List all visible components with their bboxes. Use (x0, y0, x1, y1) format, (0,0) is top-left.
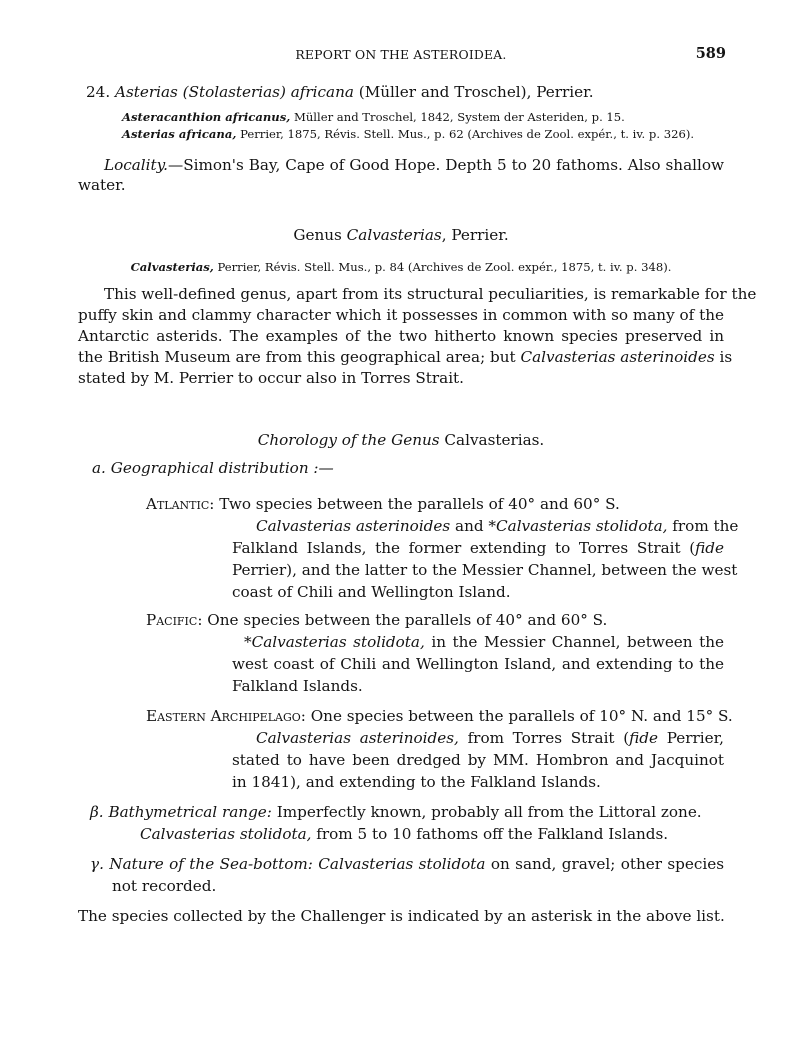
atlantic-detail-2: Falkland Islands, the former extending t… (232, 538, 724, 558)
synonym-2: Asterias africana, Perrier, 1875, Révis.… (122, 124, 694, 144)
region-pacific: Pacific: One species between the paralle… (146, 610, 607, 630)
atlantic-detail-1: Calvasterias asterinoides and *Calvaster… (256, 516, 724, 536)
eastern-detail-3: in 1841), and extending to the Falkland … (232, 772, 601, 792)
region-atlantic: Atlantic: Two species between the parall… (146, 494, 620, 514)
locality-line-1: Locality.—Simon's Bay, Cape of Good Hope… (104, 155, 724, 175)
sea-bottom: γ. Nature of the Sea-bottom: Calvasteria… (90, 854, 724, 874)
chorology-title: Chorology of the Genus Calvasterias. (78, 430, 724, 450)
bathymetrical-detail: Calvasterias stolidota, from 5 to 10 fat… (140, 824, 668, 844)
pacific-detail-1: *Calvasterias stolidota, in the Messier … (244, 632, 724, 652)
genus-heading: Genus Calvasterias, Perrier. (78, 225, 724, 245)
page-number: 589 (696, 44, 726, 64)
paragraph-line-2: puffy skin and clammy character which it… (78, 305, 724, 325)
bathymetrical-range: β. Bathymetrical range: Imperfectly know… (90, 802, 702, 822)
locality-line-2: water. (78, 175, 126, 195)
eastern-detail-2: stated to have been dredged by MM. Hombr… (232, 750, 724, 770)
running-header: REPORT ON THE ASTEROIDEA. (78, 45, 724, 65)
geographical-distribution-heading: a. Geographical distribution :— (92, 458, 334, 478)
eastern-detail-1: Calvasterias asterinoides, from Torres S… (256, 728, 724, 748)
paragraph-line-3: Antarctic asterids. The examples of the … (78, 326, 724, 346)
region-eastern-archipelago: Eastern Archipelago: One species between… (146, 706, 733, 726)
paragraph-line-4: the British Museum are from this geograp… (78, 347, 724, 367)
sea-bottom-line-2: not recorded. (112, 876, 216, 896)
atlantic-detail-3: Perrier), and the latter to the Messier … (232, 560, 724, 580)
species-heading: 24. Asterias (Stolasterias) africana (Mü… (86, 82, 594, 102)
paragraph-line-5: stated by M. Perrier to occur also in To… (78, 368, 464, 388)
pacific-detail-2: west coast of Chili and Wellington Islan… (232, 654, 724, 674)
asterisk-note: The species collected by the Challenger … (78, 906, 725, 926)
paragraph-line-1: This well-defined genus, apart from its … (104, 284, 724, 304)
pacific-detail-3: Falkland Islands. (232, 676, 363, 696)
genus-reference: Calvasterias, Perrier, Révis. Stell. Mus… (78, 257, 724, 277)
atlantic-detail-4: coast of Chili and Wellington Island. (232, 582, 511, 602)
